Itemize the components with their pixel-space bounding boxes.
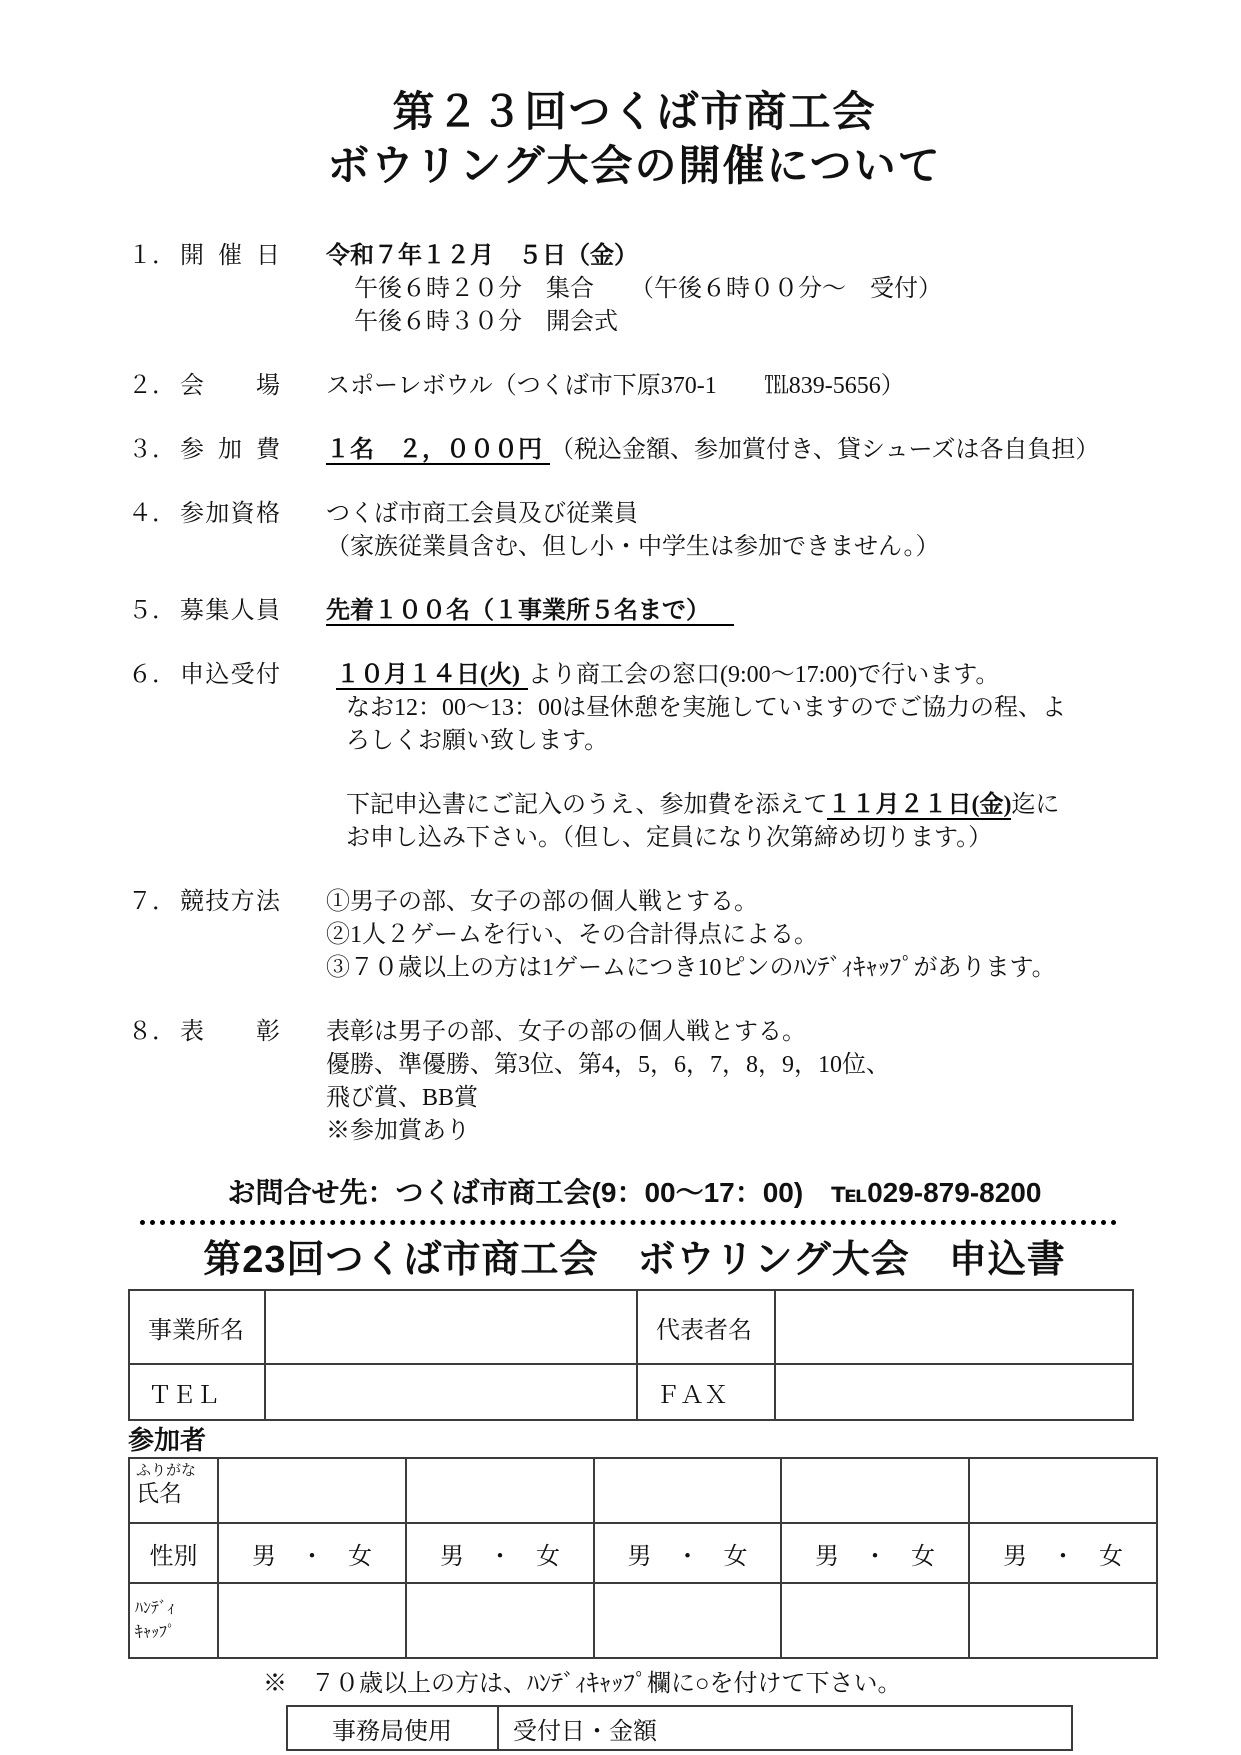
deadline-note-line: お申し込み下さい。（但し、定員になり次第締め切ります。）: [326, 822, 1141, 855]
section-label: 表彰: [180, 1016, 280, 1049]
section-body: 先着１００名（１事業所５名まで）: [326, 595, 1141, 628]
gender-field-4[interactable]: 男 ・ 女: [781, 1523, 969, 1583]
lunch-break-line2: ろしくお願い致します。: [326, 725, 1141, 758]
application-start-date: １０月１４日(火): [336, 662, 528, 690]
assembly-time: 午後６時２０分 集合 （午後６時００分～ 受付）: [326, 273, 1141, 306]
gender-field-5[interactable]: 男 ・ 女: [969, 1523, 1157, 1583]
section-label: 開催日: [180, 240, 280, 273]
capacity-value: 先着１００名（１事業所５名まで）: [326, 598, 734, 626]
lunch-break-line1: なお12：00～13：00は昼休憩を実施していますのでご協力の程、よ: [326, 692, 1141, 725]
fax-label: ＦＡＸ: [637, 1364, 775, 1420]
document-title-line1: 第２３回つくば市商工会: [128, 86, 1141, 140]
awards-line3: 飛び賞、BB賞: [326, 1082, 1141, 1115]
section-body: つくば市商工会員及び従業員 （家族従業員含む、但し小・中学生は参加できません。）: [326, 498, 1141, 564]
contact-info: お問合せ先：つくば市商工会(9：00～17：00) ℡029-879-8200: [128, 1176, 1141, 1210]
representative-label: 代表者名: [637, 1290, 775, 1364]
participants-table: ふりがな 氏名 性別 男 ・ 女 男 ・ 女 男 ・ 女 男 ・ 女 男 ・ 女…: [128, 1457, 1158, 1659]
handicap-field-5[interactable]: [969, 1583, 1157, 1658]
section-body: 令和７年１２月 ５日（金） 午後６時２０分 集合 （午後６時００分～ 受付） 午…: [326, 240, 1141, 339]
rule-1: ①男子の部、女子の部の個人戦とする。: [326, 886, 1141, 919]
tel-label: ＴＥＬ: [129, 1364, 265, 1420]
section-event-date: １． 開催日 令和７年１２月 ５日（金） 午後６時２０分 集合 （午後６時００分…: [128, 240, 1141, 339]
section-fee: ３． 参加費 １名 ２，０００円（税込金額、参加賞付き、貸シューズは各自負担）: [128, 434, 1141, 467]
fee-detail: （税込金額、参加賞付き、貸シューズは各自負担）: [550, 437, 1099, 463]
awards-line1: 表彰は男子の部、女子の部の個人戦とする。: [326, 1016, 1141, 1049]
section-body: ①男子の部、女子の部の個人戦とする。 ②1人２ゲームを行い、その合計得点による。…: [326, 886, 1141, 985]
office-use-table: 事務局使用 受付日・金額: [286, 1705, 1073, 1751]
handicap-field-4[interactable]: [781, 1583, 969, 1658]
section-body: １名 ２，０００円（税込金額、参加賞付き、貸シューズは各自負担）: [326, 434, 1141, 467]
name-row-label: ふりがな 氏名: [129, 1458, 218, 1523]
business-name-field[interactable]: [265, 1290, 637, 1364]
name-field-3[interactable]: [594, 1458, 781, 1523]
event-date-value: 令和７年１２月 ５日（金）: [326, 240, 1141, 273]
section-label: 申込受付: [180, 659, 280, 692]
applicant-info-table: 事業所名 代表者名 ＴＥＬ ＦＡＸ: [128, 1289, 1134, 1421]
section-label: 会場: [180, 370, 280, 403]
cut-line-divider: [140, 1220, 1117, 1225]
name-field-1[interactable]: [218, 1458, 406, 1523]
awards-line2: 優勝、準優勝、第3位、第4，5，6，7，8，9，10位、: [326, 1049, 1141, 1082]
section-label: 競技方法: [180, 886, 280, 919]
section-number: ３．: [128, 434, 180, 467]
section-number: ２．: [128, 370, 180, 403]
section-capacity: ５． 募集人員 先着１００名（１事業所５名まで）: [128, 595, 1141, 628]
application-deadline-line: 下記申込書にご記入のうえ、参加費を添えて１１月２１日(金)迄に: [326, 789, 1141, 822]
section-eligibility: ４． 参加資格 つくば市商工会員及び従業員 （家族従業員含む、但し小・中学生は参…: [128, 498, 1141, 564]
section-number: ８．: [128, 1016, 180, 1049]
section-body: １０月１４日(火)より商工会の窓口(9:00～17:00)で行います。 なお12…: [326, 659, 1141, 855]
handicap-field-2[interactable]: [406, 1583, 594, 1658]
handicap-field-1[interactable]: [218, 1583, 406, 1658]
handicap-field-3[interactable]: [594, 1583, 781, 1658]
gender-field-3[interactable]: 男 ・ 女: [594, 1523, 781, 1583]
furigana-label: ふりがな: [136, 1462, 217, 1480]
representative-field[interactable]: [775, 1290, 1133, 1364]
name-field-5[interactable]: [969, 1458, 1157, 1523]
participants-section-label: 参加者: [128, 1425, 1141, 1455]
section-body: 表彰は男子の部、女子の部の個人戦とする。 優勝、準優勝、第3位、第4，5，6，7…: [326, 1016, 1141, 1148]
application-start-line: １０月１４日(火)より商工会の窓口(9:00～17:00)で行います。: [326, 659, 1141, 692]
handicap-label-line2: ｷｬｯﾌﾟ: [135, 1621, 216, 1645]
eligibility-line2: （家族従業員含む、但し小・中学生は参加できません。）: [326, 531, 1141, 564]
gender-field-2[interactable]: 男 ・ 女: [406, 1523, 594, 1583]
tel-field[interactable]: [265, 1364, 637, 1420]
section-label: 参加資格: [180, 498, 280, 531]
name-field-4[interactable]: [781, 1458, 969, 1523]
document-page: 第２３回つくば市商工会 ボウリング大会の開催について １． 開催日 令和７年１２…: [0, 0, 1241, 1755]
gender-field-1[interactable]: 男 ・ 女: [218, 1523, 406, 1583]
handicap-note: ※ ７０歳以上の方は、ﾊﾝﾃﾞｨｷｬｯﾌﾟ欄に○を付けて下さい。: [263, 1669, 1141, 1699]
section-application: ６． 申込受付 １０月１４日(火)より商工会の窓口(9:00～17:00)で行い…: [128, 659, 1141, 855]
name-label: 氏名: [136, 1480, 217, 1508]
deadline-prefix: 下記申込書にご記入のうえ、参加費を添えて: [346, 792, 827, 818]
fax-field[interactable]: [775, 1364, 1133, 1420]
deadline-suffix: 迄に: [1011, 792, 1059, 818]
application-form-title: 第23回つくば市商工会 ボウリング大会 申込書: [128, 1237, 1141, 1283]
section-number: ６．: [128, 659, 180, 692]
handicap-row-label: ﾊﾝﾃﾞｨ ｷｬｯﾌﾟ: [129, 1583, 218, 1658]
section-awards: ８． 表彰 表彰は男子の部、女子の部の個人戦とする。 優勝、準優勝、第3位、第4…: [128, 1016, 1141, 1148]
awards-line4: ※参加賞あり: [326, 1115, 1141, 1148]
fee-amount: １名 ２，０００円: [326, 437, 550, 465]
section-number: １．: [128, 240, 180, 273]
office-use-label: 事務局使用: [287, 1706, 498, 1750]
application-start-detail: より商工会の窓口(9:00～17:00)で行います。: [528, 662, 999, 688]
section-number: ５．: [128, 595, 180, 628]
section-number: ４．: [128, 498, 180, 531]
application-deadline-date: １１月２１日(金): [827, 792, 1011, 820]
section-rules: ７． 競技方法 ①男子の部、女子の部の個人戦とする。 ②1人２ゲームを行い、その…: [128, 886, 1141, 985]
section-venue: ２． 会場 スポーレボウル（つくば市下原370-1 ℡839-5656）: [128, 370, 1141, 403]
section-number: ７．: [128, 886, 180, 919]
rule-2: ②1人２ゲームを行い、その合計得点による。: [326, 919, 1141, 952]
venue-value: スポーレボウル（つくば市下原370-1 ℡839-5656）: [326, 370, 1141, 403]
section-label: 参加費: [180, 434, 280, 467]
handicap-label-line1: ﾊﾝﾃﾞｨ: [135, 1597, 216, 1621]
opening-ceremony-time: 午後６時３０分 開会式: [326, 306, 1141, 339]
rule-3: ③７０歳以上の方は1ゲームにつき10ピンのﾊﾝﾃﾞｨｷｬｯﾌﾟがあります。: [326, 952, 1141, 985]
receipt-date-amount-field[interactable]: 受付日・金額: [498, 1706, 1072, 1750]
business-name-label: 事業所名: [129, 1290, 265, 1364]
section-label: 募集人員: [180, 595, 280, 628]
document-title-line2: ボウリング大会の開催について: [128, 140, 1141, 194]
document-title: 第２３回つくば市商工会 ボウリング大会の開催について: [128, 86, 1141, 194]
eligibility-line1: つくば市商工会員及び従業員: [326, 498, 1141, 531]
name-field-2[interactable]: [406, 1458, 594, 1523]
gender-row-label: 性別: [129, 1523, 218, 1583]
